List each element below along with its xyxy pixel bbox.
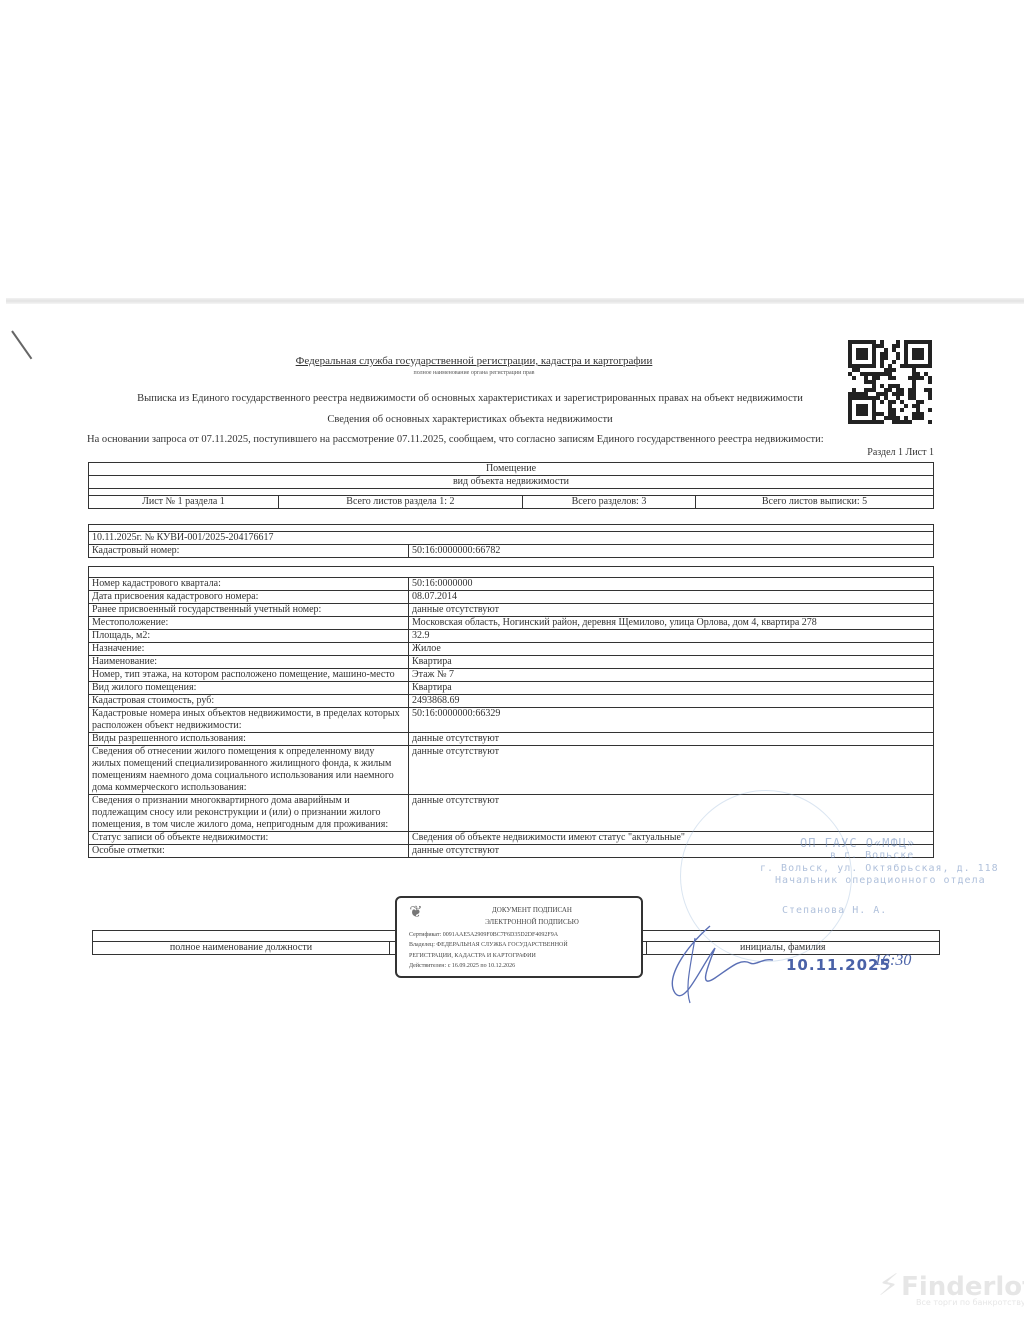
row-label: Ранее присвоенный государственный учетны… bbox=[89, 604, 409, 617]
table-row: Вид жилого помещения:Квартира bbox=[89, 682, 934, 695]
table-row: Местоположение:Московская область, Ногин… bbox=[89, 617, 934, 630]
stamp-line-3: г. Вольск, ул. Октябрьская, д. 118 bbox=[760, 863, 999, 874]
row-label: Номер кадастрового квартала: bbox=[89, 578, 409, 591]
row-label: Особые отметки: bbox=[89, 845, 409, 858]
row-value: Этаж № 7 bbox=[409, 669, 934, 682]
watermark: ⚡Finderlot Все торги по банкротству bbox=[878, 1268, 1024, 1303]
sheets-total: Всего листов выписки: 5 bbox=[696, 496, 934, 509]
table-row: Наименование:Квартира bbox=[89, 656, 934, 669]
row-label: Площадь, м2: bbox=[89, 630, 409, 643]
request-basis: На основании запроса от 07.11.2025, пост… bbox=[87, 434, 824, 445]
row-label: Кадастровая стоимость, руб: bbox=[89, 695, 409, 708]
row-value: 50:16:0000000 bbox=[409, 578, 934, 591]
object-header-table: Помещение вид объекта недвижимости Лист … bbox=[88, 462, 934, 509]
row-label: Назначение: bbox=[89, 643, 409, 656]
table-row: Дата присвоения кадастрового номера:08.0… bbox=[89, 591, 934, 604]
handwritten-signature-icon bbox=[655, 918, 775, 1008]
scan-edge bbox=[6, 298, 1024, 304]
esig-line-2: ЭЛЕКТРОННОЙ ПОДПИСЬЮ bbox=[437, 918, 627, 926]
handwritten-time: 16:30 bbox=[874, 952, 911, 970]
stamp-line-4: Начальник операционного отдела bbox=[775, 875, 986, 886]
sections-total: Всего разделов: 3 bbox=[522, 496, 695, 509]
position-caption: полное наименование должности bbox=[93, 942, 390, 955]
spacer bbox=[89, 525, 934, 532]
stamp-line-1: ОП ГАУС О«МФЦ» bbox=[800, 836, 915, 850]
row-label: Наименование: bbox=[89, 656, 409, 669]
table-row: Номер кадастрового квартала:50:16:000000… bbox=[89, 578, 934, 591]
row-value: Квартира bbox=[409, 656, 934, 669]
table-row: Назначение:Жилое bbox=[89, 643, 934, 656]
table-row: Кадастровые номера иных объектов недвижи… bbox=[89, 708, 934, 733]
row-value: 32.9 bbox=[409, 630, 934, 643]
section-sheet: Раздел 1 Лист 1 bbox=[867, 447, 934, 458]
object-type: Помещение bbox=[89, 463, 934, 476]
spacer bbox=[89, 567, 934, 578]
table-row: Сведения об отнесении жилого помещения к… bbox=[89, 746, 934, 795]
extract-title: Выписка из Единого государственного реес… bbox=[80, 393, 860, 404]
row-value: 2493868.69 bbox=[409, 695, 934, 708]
esig-validity: Действителен: с 16.09.2025 по 10.12.2026 bbox=[409, 963, 515, 969]
cadastral-label: Кадастровый номер: bbox=[89, 545, 409, 558]
row-value: Квартира bbox=[409, 682, 934, 695]
row-value: данные отсутствуют bbox=[409, 733, 934, 746]
table-row: Ранее присвоенный государственный учетны… bbox=[89, 604, 934, 617]
cadastral-table: 10.11.2025г. № КУВИ-001/2025-204176617 К… bbox=[88, 524, 934, 558]
table-row: Номер, тип этажа, на котором расположено… bbox=[89, 669, 934, 682]
row-label: Виды разрешенного использования: bbox=[89, 733, 409, 746]
row-value: Московская область, Ногинский район, дер… bbox=[409, 617, 934, 630]
row-label: Вид жилого помещения: bbox=[89, 682, 409, 695]
row-value: данные отсутствуют bbox=[409, 746, 934, 795]
table-row: Кадастровая стоимость, руб:2493868.69 bbox=[89, 695, 934, 708]
row-label: Номер, тип этажа, на котором расположено… bbox=[89, 669, 409, 682]
row-value: 50:16:0000000:66329 bbox=[409, 708, 934, 733]
row-label: Сведения о признании многоквартирного до… bbox=[89, 795, 409, 832]
row-value: данные отсутствуют bbox=[409, 604, 934, 617]
document-page: Федеральная служба государственной регис… bbox=[0, 0, 1024, 1325]
esig-line-1: ДОКУМЕНТ ПОДПИСАН bbox=[437, 906, 627, 914]
table-row: Виды разрешенного использования:данные о… bbox=[89, 733, 934, 746]
cadastral-value: 50:16:0000000:66782 bbox=[409, 545, 934, 558]
stamp-line-5: Степанова Н. А. bbox=[782, 905, 887, 916]
row-value: Жилое bbox=[409, 643, 934, 656]
agency-caption: полное наименование органа регистрации п… bbox=[0, 370, 948, 376]
row-label: Местоположение: bbox=[89, 617, 409, 630]
electronic-signature-box: ❦ ДОКУМЕНТ ПОДПИСАН ЭЛЕКТРОННОЙ ПОДПИСЬЮ… bbox=[395, 896, 643, 978]
esig-owner: Владелец: ФЕДЕРАЛЬНАЯ СЛУЖБА ГОСУДАРСТВЕ… bbox=[409, 942, 568, 948]
object-type-caption: вид объекта недвижимости bbox=[89, 476, 934, 489]
coat-of-arms-icon: ❦ bbox=[405, 902, 427, 924]
qr-code-icon bbox=[848, 340, 932, 424]
row-label: Дата присвоения кадастрового номера: bbox=[89, 591, 409, 604]
row-label: Статус записи об объекте недвижимости: bbox=[89, 832, 409, 845]
watermark-tagline: Все торги по банкротству bbox=[916, 1298, 1024, 1307]
esig-owner-2: РЕГИСТРАЦИИ, КАДАСТРА И КАРТОГРАФИИ bbox=[409, 953, 536, 959]
sheet-number: Лист № 1 раздела 1 bbox=[89, 496, 279, 509]
agency-name: Федеральная служба государственной регис… bbox=[0, 355, 948, 367]
stamp-line-2: в г. Вольске bbox=[830, 850, 914, 861]
table-row: Площадь, м2:32.9 bbox=[89, 630, 934, 643]
esig-certificate: Сертификат: 0091AAE5A2909F0BC7F6D35D2DF4… bbox=[409, 932, 558, 938]
row-label: Кадастровые номера иных объектов недвижи… bbox=[89, 708, 409, 733]
finderlot-logo-icon: ⚡ bbox=[878, 1268, 899, 1303]
sheets-in-section: Всего листов раздела 1: 2 bbox=[278, 496, 522, 509]
row-value: данные отсутствуют bbox=[409, 795, 934, 832]
row-label: Сведения об отнесении жилого помещения к… bbox=[89, 746, 409, 795]
document-number: 10.11.2025г. № КУВИ-001/2025-204176617 bbox=[89, 532, 934, 545]
row-value: 08.07.2014 bbox=[409, 591, 934, 604]
spacer bbox=[89, 489, 934, 496]
section-title: Сведения об основных характеристиках объ… bbox=[80, 414, 860, 425]
